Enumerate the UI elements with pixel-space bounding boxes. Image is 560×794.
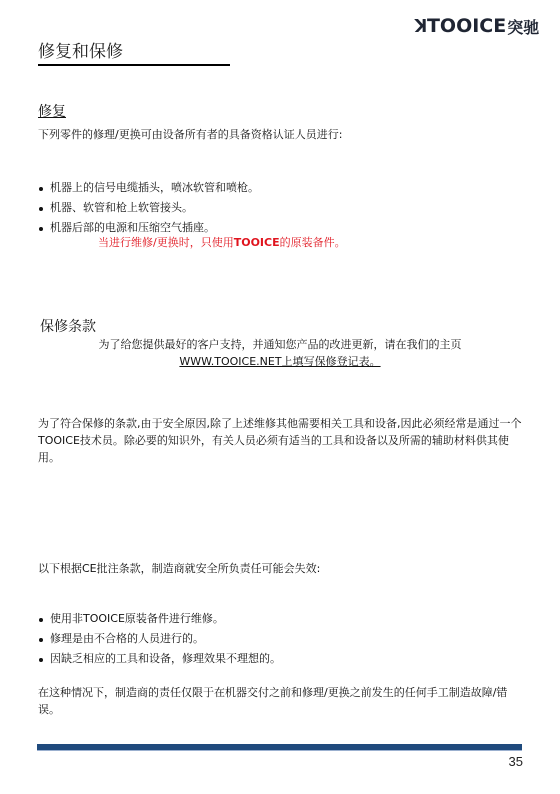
repair-heading: 修复 [38, 101, 66, 121]
warranty-paragraph: 为了符合保修的条款,由于安全原因,除了上述维修其他需要相关工具和设备,因此必须经… [38, 415, 522, 466]
logo-brand-text: TOOICE [427, 15, 506, 37]
brand-logo: ꓘ TOOICE 突驰 [414, 14, 539, 38]
list-item: 修理是由不合格的人员进行的。 [38, 629, 281, 649]
list-item: 机器、软管和枪上软管接头。 [38, 198, 259, 218]
list-item: 因缺乏相应的工具和设备，修理效果不理想的。 [38, 649, 281, 669]
warranty-line1: 为了给您提供最好的客户支持，并通知您产品的改进更新，请在我们的主页 [38, 336, 522, 353]
footer-divider [37, 744, 522, 751]
logo-mark-icon: ꓘ [415, 16, 427, 37]
warranty-registration-link[interactable]: WWW.TOOICE.NET上填写保修登记表。 [179, 355, 380, 368]
repair-list: 机器上的信号电缆插头，喷冰软管和喷枪。 机器、软管和枪上软管接头。 机器后部的电… [38, 178, 259, 238]
page-title: 修复和保修 [38, 42, 230, 66]
warning-brand: TOOICE [234, 236, 280, 249]
ce-list: 使用非TOOICE原装备件进行维修。 修理是由不合格的人员进行的。 因缺乏相应的… [38, 609, 281, 669]
repair-intro: 下列零件的修理/更换可由设备所有者的具备资格认证人员进行: [38, 126, 342, 143]
logo-chinese-text: 突驰 [507, 15, 539, 38]
page-number: 35 [509, 754, 523, 769]
closing-paragraph: 在这种情况下，制造商的责任仅限于在机器交付之前和修理/更换之前发生的任何手工制造… [38, 684, 522, 718]
ce-intro: 以下根据CE批注条款，制造商就安全所负责任可能会失效: [38, 560, 320, 577]
original-parts-warning: 当进行维修/更换时，只使用TOOICE的原装备件。 [98, 234, 346, 250]
list-item: 使用非TOOICE原装备件进行维修。 [38, 609, 281, 629]
warranty-heading: 保修条款 [40, 316, 96, 336]
list-item: 机器上的信号电缆插头，喷冰软管和喷枪。 [38, 178, 259, 198]
